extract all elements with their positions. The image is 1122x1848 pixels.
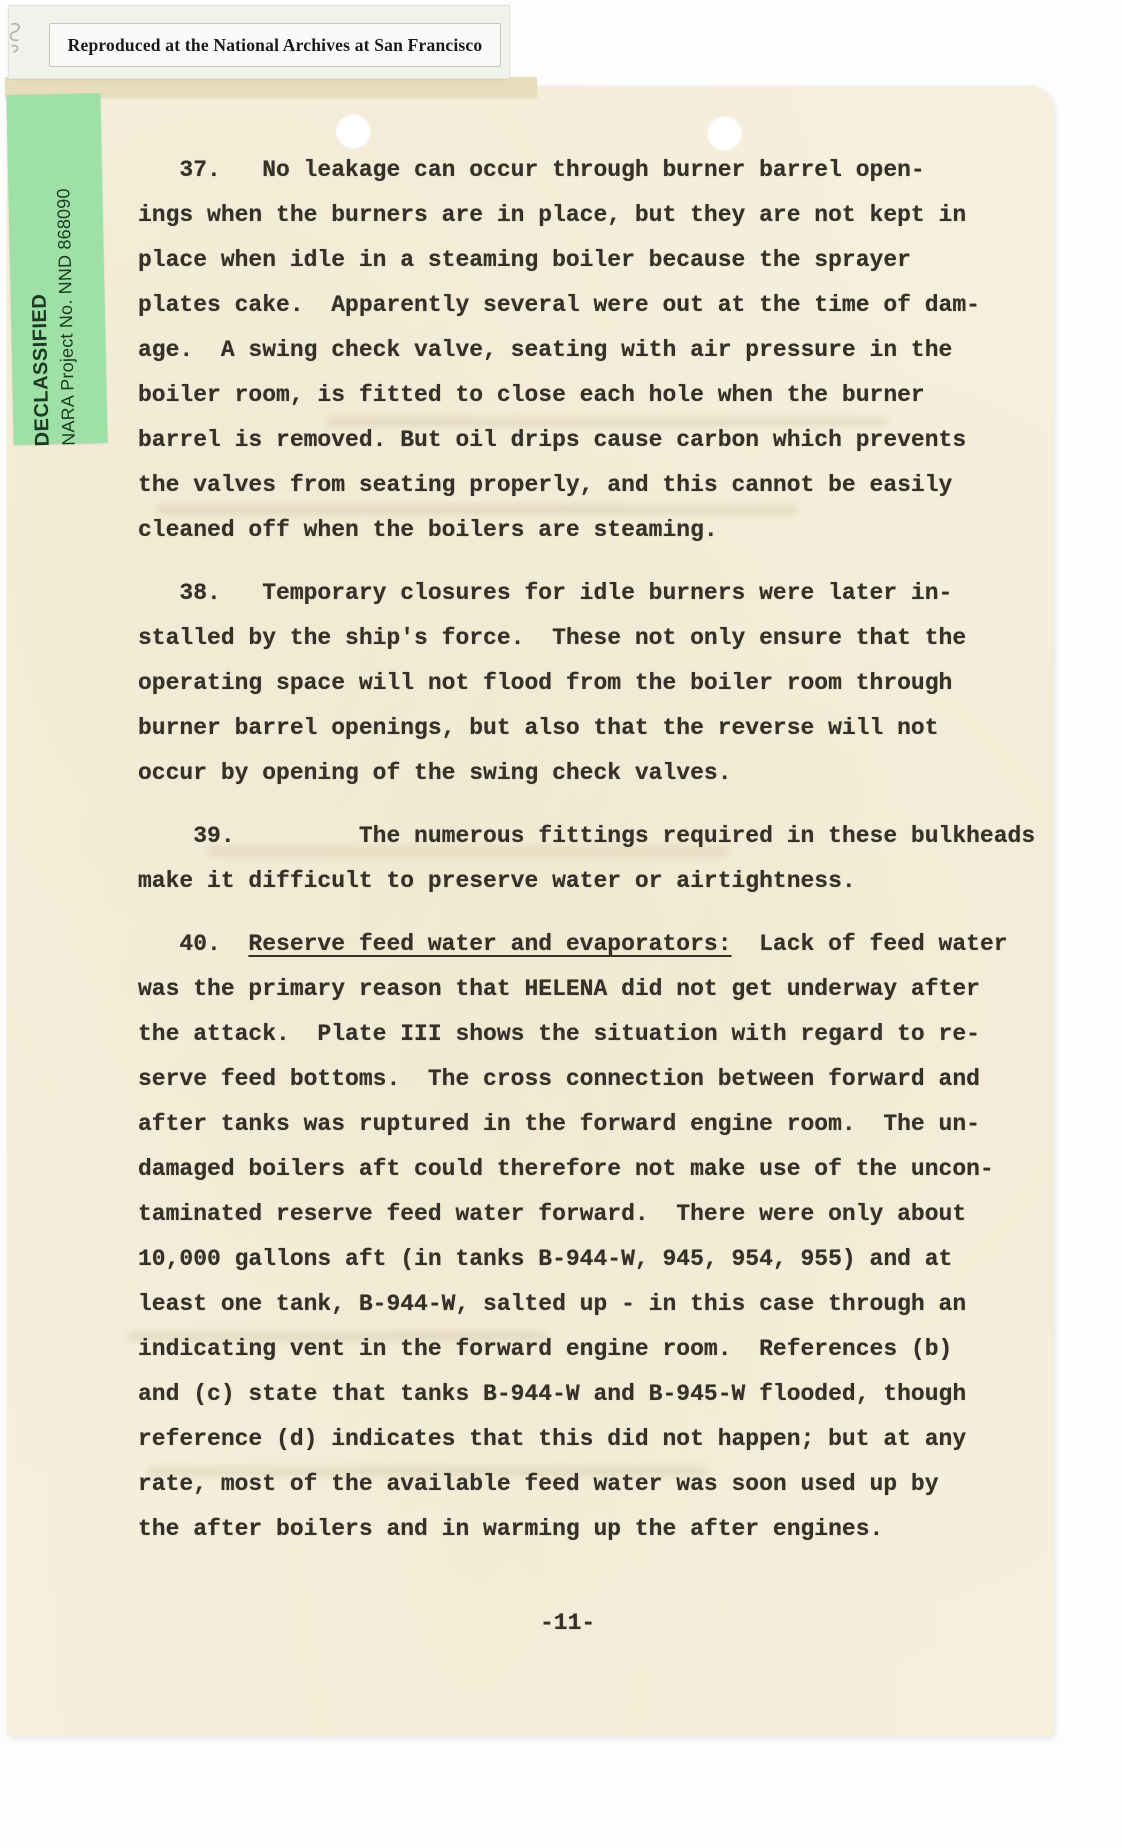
typewritten-line: occur by opening of the swing check valv… <box>138 751 1038 796</box>
typewritten-line: 39. The numerous fittings required in th… <box>138 814 1038 859</box>
declassified-label: DECLASSIFIED NARA Project No. NND 868090 <box>6 93 107 445</box>
archives-stamp: Reproduced at the National Archives at S… <box>8 5 510 79</box>
typewritten-line: the after boilers and in warming up the … <box>138 1507 1038 1552</box>
page-number: -11- <box>540 1610 595 1636</box>
typewritten-line: burner barrel openings, but also that th… <box>138 706 1038 751</box>
typewritten-line: barrel is removed. But oil drips cause c… <box>138 418 1038 463</box>
punch-hole-icon <box>707 116 742 151</box>
pencil-mark <box>6 20 32 66</box>
typewritten-line: ings when the burners are in place, but … <box>138 193 1038 238</box>
paragraph: 39. The numerous fittings required in th… <box>138 814 1038 904</box>
typewritten-line: 10,000 gallons aft (in tanks B-944-W, 94… <box>138 1237 1038 1282</box>
typewritten-line: the valves from seating properly, and th… <box>138 463 1038 508</box>
typewritten-line: taminated reserve feed water forward. Th… <box>138 1192 1038 1237</box>
typewritten-line: stalled by the ship's force. These not o… <box>138 616 1038 661</box>
typewritten-line: after tanks was ruptured in the forward … <box>138 1102 1038 1147</box>
typewritten-line: indicating vent in the forward engine ro… <box>138 1327 1038 1372</box>
paragraph: 38. Temporary closures for idle burners … <box>138 571 1038 796</box>
typewritten-line: plates cake. Apparently several were out… <box>138 283 1038 328</box>
typewritten-line: and (c) state that tanks B-944-W and B-9… <box>138 1372 1038 1417</box>
paper-sheet: 37. No leakage can occur through burner … <box>7 86 1053 1736</box>
typewritten-line: make it difficult to preserve water or a… <box>138 859 1038 904</box>
underlined-heading: Reserve feed water and evaporators: <box>248 931 731 957</box>
declassified-label-text: DECLASSIFIED NARA Project No. NND 868090 <box>23 116 83 447</box>
line-segment: 40. <box>138 931 248 957</box>
typewritten-line: least one tank, B-944-W, salted up - in … <box>138 1282 1038 1327</box>
document-body: 37. No leakage can occur through burner … <box>138 148 1038 1570</box>
scanned-document-page: 37. No leakage can occur through burner … <box>0 0 1122 1848</box>
typewritten-line: boiler room, is fitted to close each hol… <box>138 373 1038 418</box>
typewritten-line: rate, most of the available feed water w… <box>138 1462 1038 1507</box>
typewritten-line: 38. Temporary closures for idle burners … <box>138 571 1038 616</box>
paragraph: 37. No leakage can occur through burner … <box>138 148 1038 553</box>
archives-stamp-text: Reproduced at the National Archives at S… <box>68 35 483 56</box>
punch-hole-icon <box>336 114 371 149</box>
typewritten-line: age. A swing check valve, seating with a… <box>138 328 1038 373</box>
typewritten-line: 37. No leakage can occur through burner … <box>138 148 1038 193</box>
typewritten-line: operating space will not flood from the … <box>138 661 1038 706</box>
typewritten-line: serve feed bottoms. The cross connection… <box>138 1057 1038 1102</box>
nara-project-number: NARA Project No. NND 868090 <box>49 116 83 446</box>
typewritten-line: was the primary reason that HELENA did n… <box>138 967 1038 1012</box>
typewritten-line: 40. Reserve feed water and evaporators: … <box>138 922 1038 967</box>
line-segment: Lack of feed water <box>732 931 1008 957</box>
typewritten-line: the attack. Plate III shows the situatio… <box>138 1012 1038 1057</box>
typewritten-line: reference (d) indicates that this did no… <box>138 1417 1038 1462</box>
typewritten-line: cleaned off when the boilers are steamin… <box>138 508 1038 553</box>
typewritten-line: place when idle in a steaming boiler bec… <box>138 238 1038 283</box>
archives-stamp-frame: Reproduced at the National Archives at S… <box>49 23 501 67</box>
typewritten-line: damaged boilers aft could therefore not … <box>138 1147 1038 1192</box>
paragraph: 40. Reserve feed water and evaporators: … <box>138 922 1038 1552</box>
